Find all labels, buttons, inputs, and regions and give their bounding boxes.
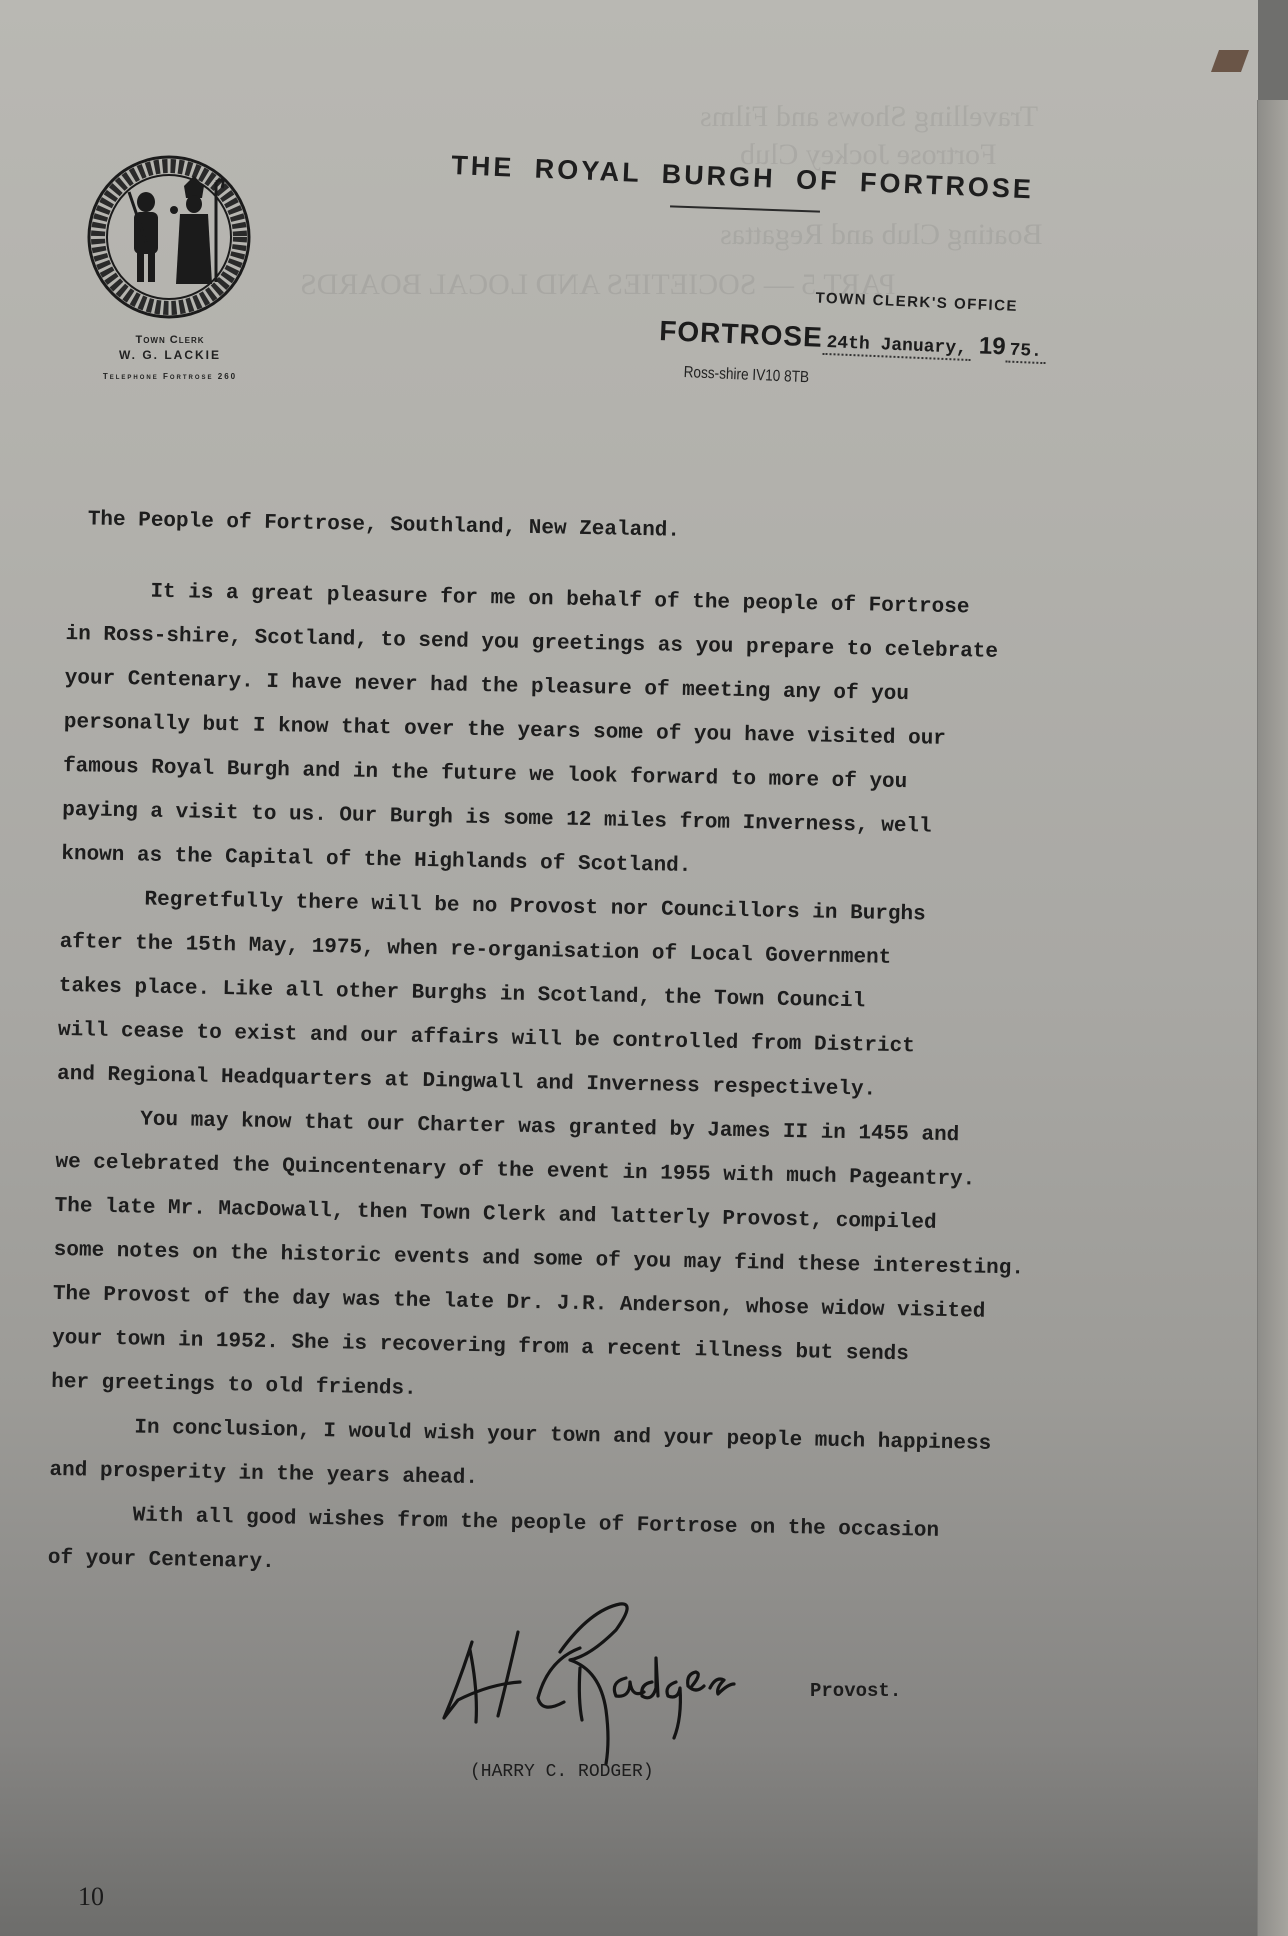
letter-paragraph: Regretfully there will be no Provost nor… — [57, 877, 1161, 1118]
burgh-seal-icon — [84, 152, 254, 322]
book-page: Travelling Shows and Films Fortrose Jock… — [0, 0, 1258, 1936]
next-page-edge — [1257, 100, 1288, 1936]
letter-paragraph: It is a great pleasure for me on behalf … — [61, 569, 1167, 898]
year-field: 75. — [1005, 341, 1046, 365]
bleed-through-text: Boating Club and Regattas — [720, 218, 1042, 252]
signatory-name: (HARRY C. RODGER) — [470, 1762, 654, 1782]
bleed-through-text: Travelling Shows and Films — [700, 100, 1038, 134]
town-name: FORTROSE — [659, 315, 824, 353]
office-label: TOWN CLERK'S OFFICE — [815, 290, 1018, 315]
town-clerk-label: Town Clerk — [70, 334, 270, 346]
title-underline — [670, 205, 820, 212]
town-clerk-name: W. G. LACKIE — [70, 348, 270, 362]
signatory-title: Provost. — [810, 1680, 901, 1702]
signature-block: Provost. (HARRY C. RODGER) — [430, 1590, 950, 1790]
county-postcode: Ross-shire IV10 8TB — [683, 364, 809, 387]
letter-paragraph: You may know that our Charter was grante… — [51, 1097, 1157, 1426]
letterhead-title: THE ROYAL BURGH OF FORTROSE — [451, 150, 1035, 205]
page-number: 10 — [78, 1882, 104, 1912]
salutation: The People of Fortrose, Southland, New Z… — [88, 508, 1168, 552]
handwritten-signature-icon — [430, 1590, 810, 1770]
paragraphs: It is a great pleasure for me on behalf … — [47, 569, 1166, 1602]
town-clerk-block: Town Clerk W. G. LACKIE Telephone Fortro… — [70, 334, 270, 381]
office-block: TOWN CLERK'S OFFICE — [659, 283, 1018, 315]
date-field: 24th January, — [822, 333, 971, 361]
year-prefix: 19 — [978, 332, 1006, 360]
letter-body: The People of Fortrose, Southland, New Z… — [47, 508, 1167, 1602]
telephone-line: Telephone Fortrose 260 — [70, 372, 270, 381]
dateline: FORTROSE24th January,1975. — [659, 315, 1047, 364]
